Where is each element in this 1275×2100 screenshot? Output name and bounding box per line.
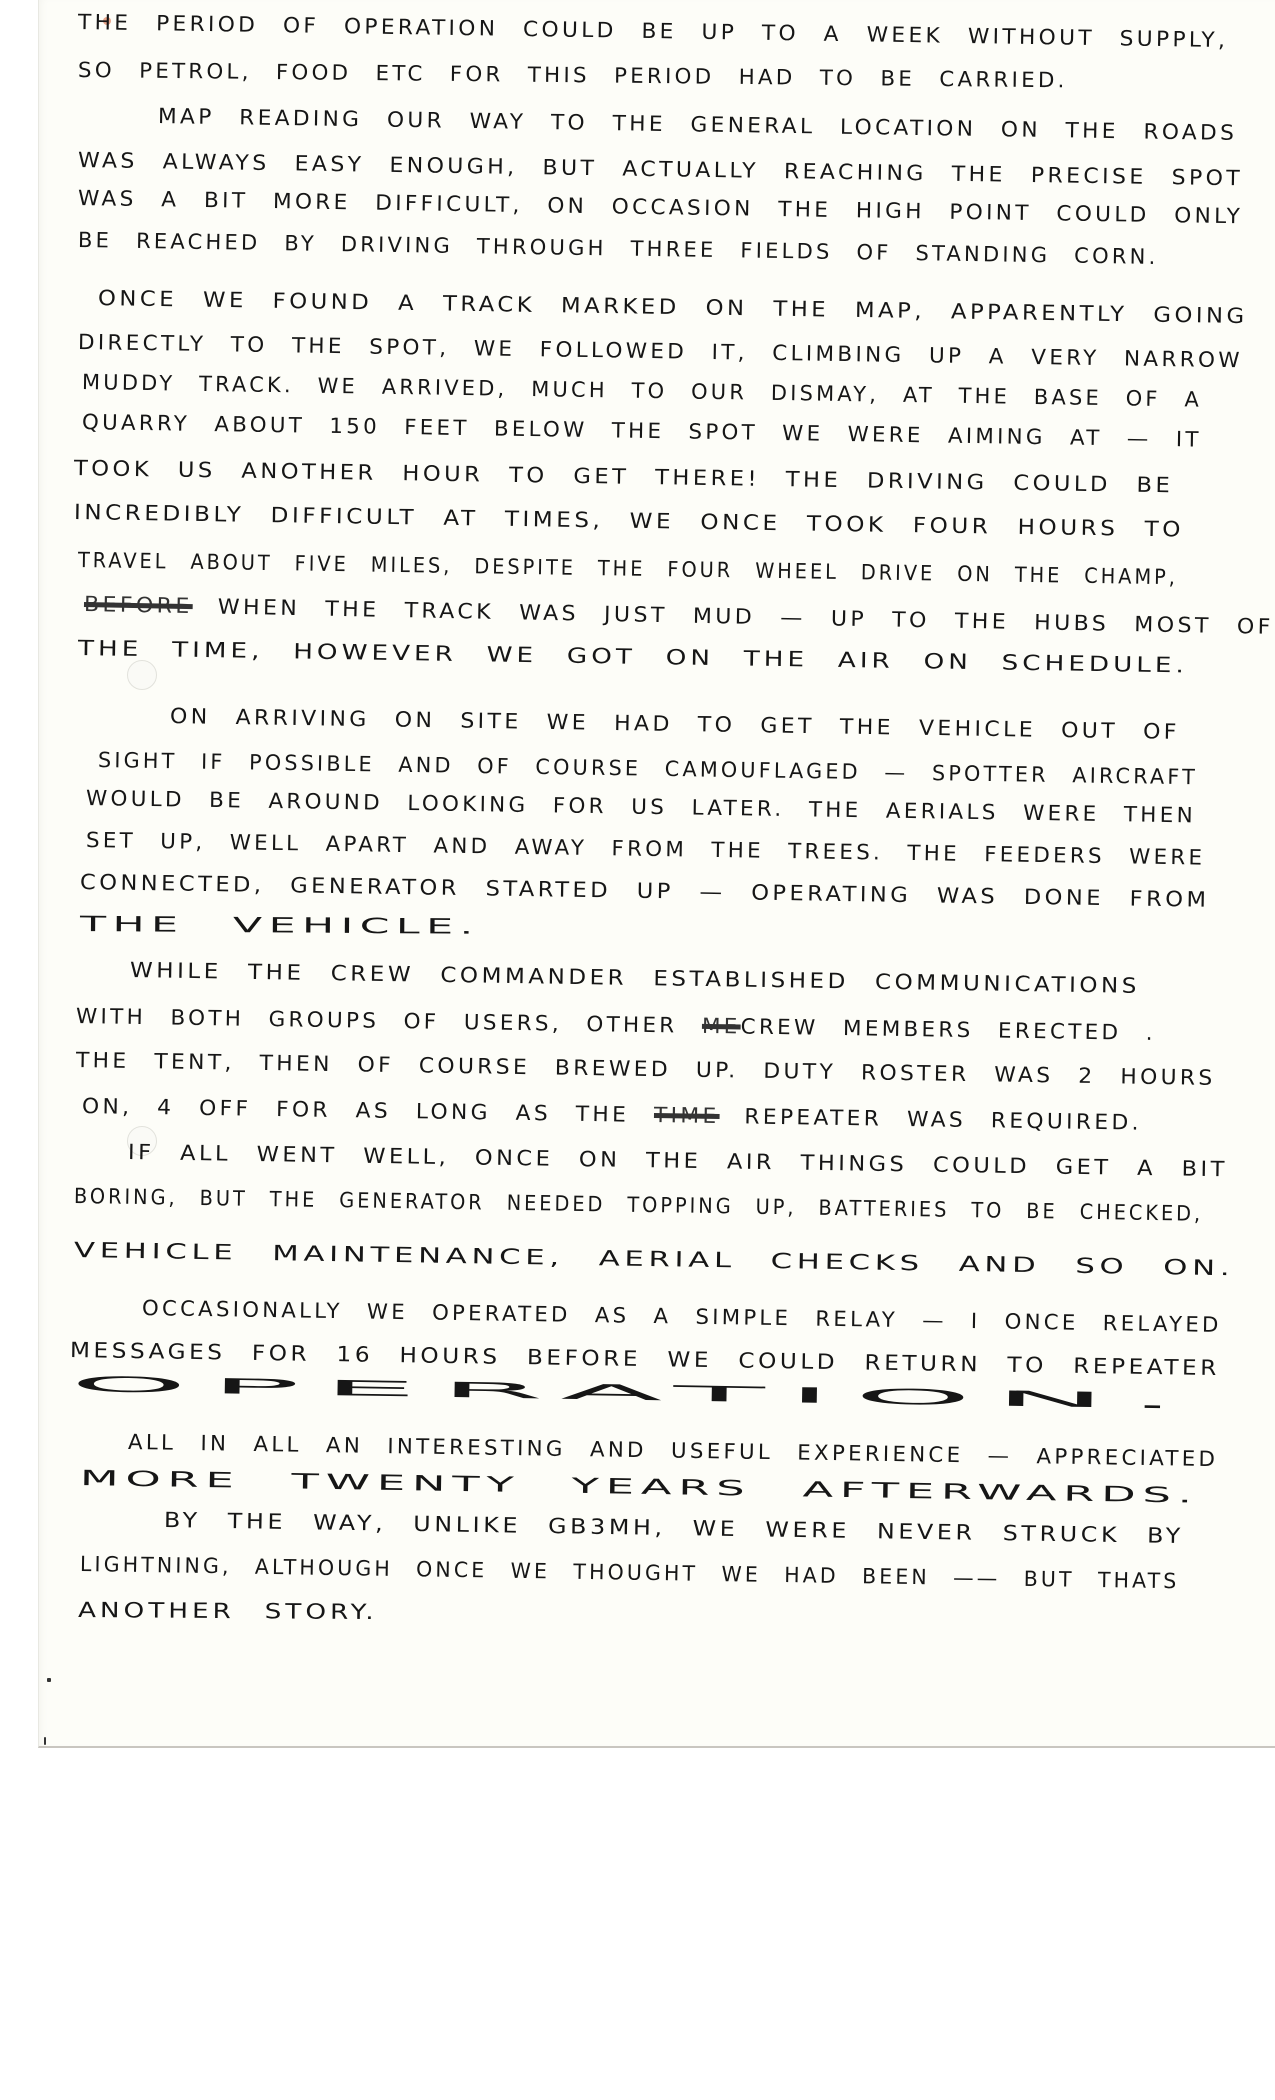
scan-speck (44, 1737, 46, 1745)
struck-out-word: ME (702, 1014, 741, 1039)
punch-hole-mark (127, 660, 157, 690)
struck-out-word: TIME (654, 1103, 720, 1128)
scan-speck (47, 1678, 51, 1682)
handwritten-line: ANOTHER STORY. (78, 1598, 378, 1624)
struck-out-word: BEFORE (84, 592, 193, 618)
handwritten-line: THE VEHICLE. (80, 912, 480, 939)
